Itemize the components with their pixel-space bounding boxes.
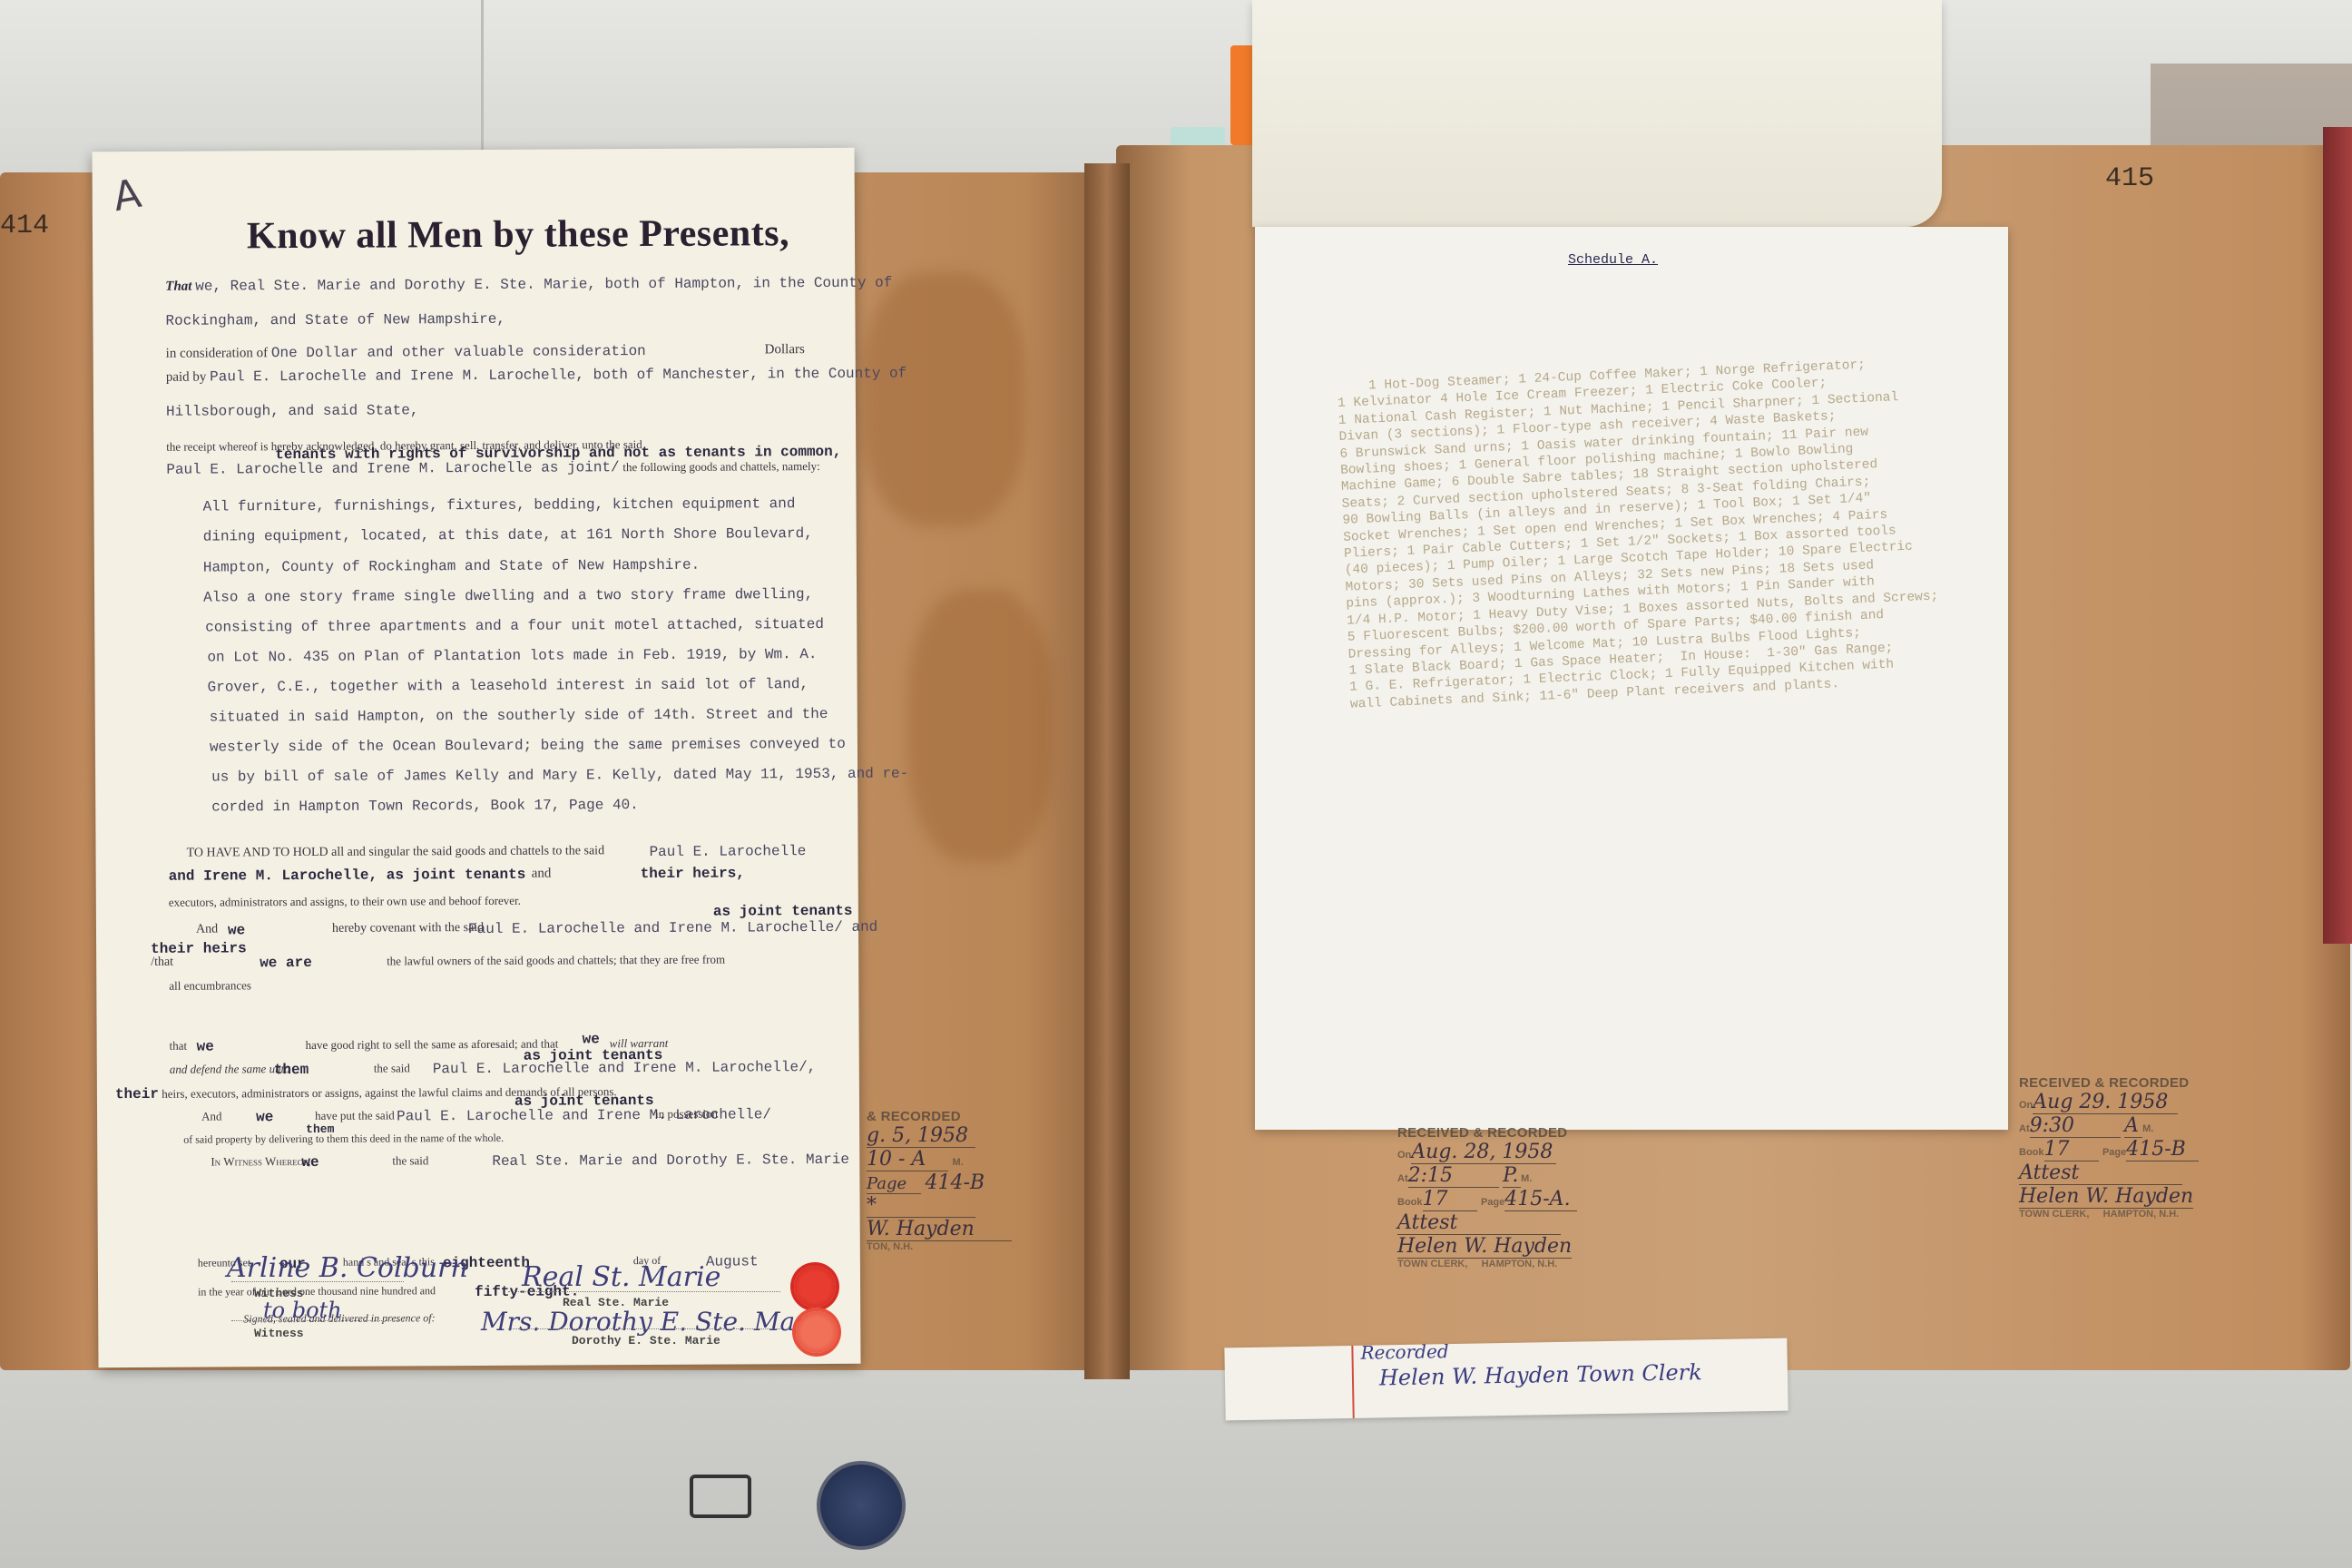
recorded-stamp-415a: RECEIVED & RECORDED OnAug. 28, 1958 At2:…: [1397, 1125, 1642, 1269]
property-line: Grover, C.E., together with a leasehold …: [208, 676, 839, 696]
recorded-stamp-414: & RECORDED g. 5, 1958 10 - A M. Page 414…: [867, 1109, 1102, 1252]
possession-line: Andwehave put the saidPaul E. Larochelle…: [170, 1106, 841, 1110]
deed-line: Hillsborough, and said State,: [166, 400, 838, 420]
stamp-date: Aug 29. 1958: [2033, 1091, 2178, 1114]
stamp-page: 415-B: [2126, 1138, 2199, 1161]
water-stain: [862, 272, 1025, 526]
property-line: Hampton, County of Rockingham and State …: [203, 556, 838, 576]
clerk-signature: Helen W. Hayden: [2019, 1185, 2193, 1209]
page-number-left: 414: [0, 211, 49, 241]
signature-line: [508, 1328, 780, 1329]
property-line: corded in Hampton Town Records, Book 17,…: [211, 796, 839, 816]
covenant-line: all encumbrances: [169, 975, 840, 994]
recording-slip: Recorded Helen W. Hayden Town Clerk: [1224, 1338, 1788, 1421]
stamp-time: 9:30: [2030, 1114, 2121, 1138]
property-line: dining equipment, located, at this date,…: [203, 525, 838, 545]
possession-line: of said property by delivering to them t…: [183, 1130, 841, 1147]
signature-line: [508, 1291, 780, 1292]
deed-line: in consideration of One Dollar and other…: [166, 342, 838, 362]
stamp-book: 17: [2044, 1138, 2099, 1161]
signature-line: [231, 1320, 404, 1321]
covenant-line: Andwehereby covenant with the saidPaul E…: [169, 919, 840, 923]
property-line: situated in said Hampton, on the souther…: [210, 706, 839, 726]
property-line: us by bill of sale of James Kelly and Ma…: [211, 766, 839, 786]
binder-clip: [690, 1475, 751, 1518]
recorded-stamp-415b: RECEIVED & RECORDED OnAug 29. 1958 At9:3…: [2019, 1075, 2255, 1220]
stamp-book: 17: [1423, 1188, 1477, 1211]
habendum-line: and Irene M. Larochelle, as joint tenant…: [169, 865, 840, 885]
stamp-page: 415-A.: [1504, 1188, 1577, 1211]
witness-signature: Arline B. Colburn: [227, 1252, 468, 1284]
grantor-signature: Mrs. Dorothy E. Ste. Marie: [481, 1307, 830, 1337]
deed-line: Rockingham, and State of New Hampshire,: [165, 309, 837, 329]
habendum-line: TO HAVE AND TO HOLD all and singular the…: [187, 843, 840, 861]
property-line: consisting of three apartments and a fou…: [205, 616, 838, 636]
wax-seal: [796, 1311, 838, 1353]
stamp-time: 2:15: [1408, 1164, 1499, 1188]
covenant-insert: as joint tenants: [713, 903, 840, 920]
deed-line: Paul E. Larochelle and Irene M. Larochel…: [166, 458, 838, 478]
property-line: westerly side of the Ocean Boulevard; be…: [210, 736, 839, 756]
wax-seal: [794, 1266, 836, 1308]
witness-clause: In Witness Whereof,wethe saidReal Ste. M…: [170, 1151, 841, 1155]
page-number-right: 415: [2105, 163, 2154, 194]
folded-paper-flap: [1252, 0, 1942, 227]
deed-title: Know all Men by these Presents,: [247, 211, 789, 258]
property-line: Also a one story frame single dwelling a…: [203, 586, 838, 606]
deed-line: paid by Paul E. Larochelle and Irene M. …: [166, 366, 838, 386]
stamp-date: Aug. 28, 1958: [1411, 1141, 1556, 1164]
property-line: on Lot No. 435 on Plan of Plantation lot…: [207, 646, 838, 666]
deed-line: That we, Real Ste. Marie and Dorothy E. …: [165, 275, 837, 295]
schedule-heading: Schedule A.: [1568, 252, 1658, 268]
clerk-signature: Helen W. Hayden: [1397, 1235, 1572, 1259]
bill-of-sale-deed: Know all Men by these Presents, That we,…: [92, 148, 860, 1367]
witness-note: to both: [263, 1298, 342, 1323]
signature-line: [231, 1281, 404, 1282]
schedule-body: 1 Hot-Dog Steamer; 1 24-Cup Coffee Maker…: [1337, 354, 1967, 713]
stamp-header: & RECORDED: [867, 1109, 1102, 1124]
warranty-line: and defend the same untothemthe saidPaul…: [170, 1059, 841, 1077]
round-badge: [817, 1461, 906, 1550]
stamp-time: 10 - A: [867, 1148, 948, 1171]
stamp-date: g. 5, 1958: [867, 1124, 975, 1148]
desk-surface-bottom: [0, 1361, 2352, 1568]
grantor-signature: Real St. Marie: [522, 1261, 720, 1293]
ledger-cover-edge: [2323, 127, 2352, 944]
property-line: All furniture, furnishings, fixtures, be…: [203, 495, 838, 515]
margin-line: [1351, 1346, 1354, 1418]
clerk-signature: W. Hayden: [867, 1218, 1012, 1241]
stamp-page: 414-B: [925, 1171, 1034, 1194]
water-stain: [907, 590, 1053, 862]
schedule-a-sheet: Schedule A. 1 Hot-Dog Steamer; 1 24-Cup …: [1255, 227, 2008, 1130]
